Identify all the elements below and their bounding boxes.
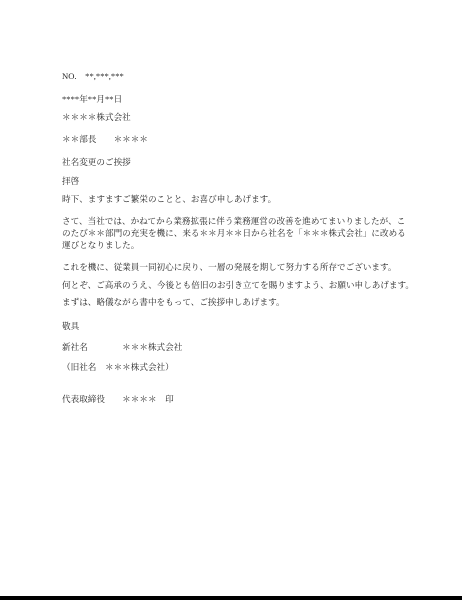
- new-company-name-line: 新社名 ＊＊＊株式会社: [62, 342, 182, 353]
- subject-title: 社名変更のご挨拶: [62, 157, 131, 168]
- salutation: 拝啓: [62, 176, 79, 187]
- body-paragraph-2-line-3: 運びとなりました。: [62, 240, 139, 251]
- body-paragraph-2-line-2: のたび＊＊部門の充実を機に、来る＊＊月＊＊日から社名を「＊＊＊株式会社」に改める: [62, 228, 406, 239]
- old-company-name-line: （旧社名 ＊＊＊株式会社）: [62, 362, 174, 373]
- body-paragraph-2-line-1: さて、当社では、かねてから業務拡張に伴う業務運営の改善を進めてまいりましたが、こ: [62, 216, 405, 227]
- date-line: ****年**月**日: [62, 94, 122, 105]
- bottom-border: [0, 596, 462, 600]
- body-paragraph-5: まずは、略儀ながら書中をもって、ご挨拶申しあげます。: [62, 297, 285, 308]
- recipient-company: ＊＊＊＊株式会社: [62, 112, 131, 123]
- doc-number: NO. **,***,***: [62, 71, 124, 82]
- closing-word: 敬具: [62, 321, 79, 332]
- recipient-title-name: ＊＊部長 ＊＊＊＊: [62, 134, 148, 145]
- body-paragraph-3: これを機に、従業員一同初心に戻り、一層の発展を期して努力する所存でございます。: [62, 262, 396, 273]
- signature-line: 代表取締役 ＊＊＊＊ 印: [62, 394, 174, 405]
- body-paragraph-4: 何とぞ、ご高承のうえ、今後とも倍旧のお引き立てを賜りますよう、お願い申しあげます…: [62, 280, 414, 291]
- body-paragraph-1: 時下、ますますご繁栄のことと、お喜び申しあげます。: [62, 194, 276, 205]
- letter-page: NO. **,***,*** ****年**月**日 ＊＊＊＊株式会社 ＊＊部長…: [0, 0, 462, 600]
